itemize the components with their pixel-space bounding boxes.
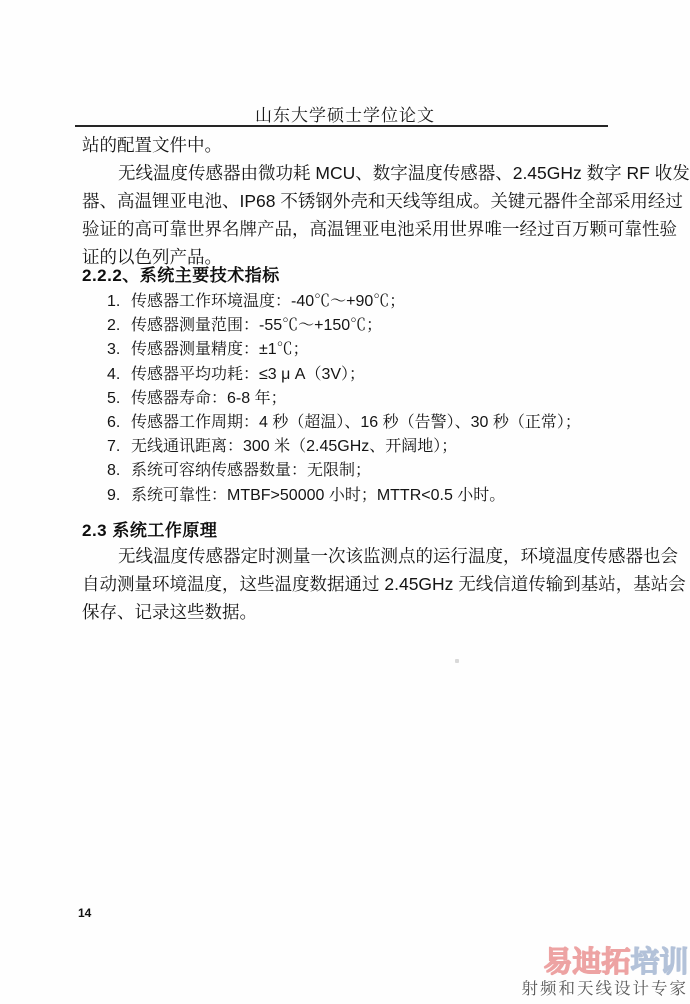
watermark-logo: 易迪拓培训 [522, 944, 689, 980]
paragraph-line: 无线温度传感器由微功耗 MCU、数字温度传感器、2.45GHz 数字 RF 收发 [82, 159, 610, 187]
page-number: 14 [78, 906, 91, 920]
spec-item: 6. 传感器工作周期：4 秒（超温）、16 秒（告警）、30 秒（正常）； [82, 411, 622, 435]
spec-item-text: 传感器工作环境温度：-40℃～+90℃； [131, 290, 622, 314]
spec-item: 4. 传感器平均功耗：≤3 μ A（3V）； [82, 363, 622, 387]
watermark: 易迪拓培训 射频和天线设计专家 [522, 944, 689, 998]
spec-item: 2. 传感器测量范围：-55℃～+150℃； [82, 314, 622, 338]
technical-spec-list: 1. 传感器工作环境温度：-40℃～+90℃； 2. 传感器测量范围：-55℃～… [82, 290, 622, 508]
spec-item-number: 5. [107, 387, 131, 411]
paragraph-line: 验证的高可靠世界名牌产品，高温锂亚电池采用世界唯一经过百万颗可靠性验 [82, 215, 610, 243]
section-heading-222: 2.2.2、系统主要技术指标 [82, 261, 610, 286]
spec-item-text: 系统可靠性：MTBF>50000 小时；MTTR<0.5 小时。 [131, 484, 622, 508]
spec-item-number: 8. [107, 459, 131, 483]
spec-item-number: 7. [107, 435, 131, 459]
paragraph-line: 无线温度传感器定时测量一次该监测点的运行温度，环境温度传感器也会 [82, 542, 610, 570]
watermark-brand-red: 易迪拓 [543, 946, 630, 978]
spec-item-text: 无线通讯距离：300 米（2.45GHz、开阔地）； [131, 435, 622, 459]
spec-item: 1. 传感器工作环境温度：-40℃～+90℃； [82, 290, 622, 314]
spec-item: 3. 传感器测量精度：±1℃； [82, 338, 622, 362]
spec-item-number: 3. [107, 338, 131, 362]
spec-item-text: 传感器工作周期：4 秒（超温）、16 秒（告警）、30 秒（正常）； [131, 411, 622, 435]
spec-item-text: 传感器寿命：6-8 年； [131, 387, 622, 411]
spec-item: 8. 系统可容纳传感器数量：无限制； [82, 459, 622, 483]
spec-item-text: 传感器测量精度：±1℃； [131, 338, 622, 362]
spec-item: 7. 无线通讯距离：300 米（2.45GHz、开阔地）； [82, 435, 622, 459]
paragraph-working-principle: 无线温度传感器定时测量一次该监测点的运行温度，环境温度传感器也会 自动测量环境温… [82, 542, 610, 626]
spec-item-number: 4. [107, 363, 131, 387]
scan-artifact-speck [455, 659, 459, 663]
paragraph-line: 保存、记录这些数据。 [82, 598, 610, 626]
paragraph-line: 自动测量环境温度，这些温度数据通过 2.45GHz 无线信道传输到基站，基站会 [82, 570, 610, 598]
spec-item-text: 系统可容纳传感器数量：无限制； [131, 459, 622, 483]
watermark-brand-blue: 培训 [630, 946, 688, 978]
spec-item-number: 1. [107, 290, 131, 314]
paragraph-line: 器、高温锂亚电池、IP68 不锈钢外壳和天线等组成。关键元器件全部采用经过 [82, 187, 610, 215]
thesis-scanned-page: 山东大学硕士学位论文 站的配置文件中。 无线温度传感器由微功耗 MCU、数字温度… [0, 0, 690, 1004]
paragraph-line: 站的配置文件中。 [82, 131, 610, 159]
spec-item-text: 传感器平均功耗：≤3 μ A（3V）； [131, 363, 622, 387]
paragraph-sensor-composition: 无线温度传感器由微功耗 MCU、数字温度传感器、2.45GHz 数字 RF 收发… [82, 159, 610, 271]
paragraph-carryover: 站的配置文件中。 [82, 131, 610, 159]
spec-item: 9. 系统可靠性：MTBF>50000 小时；MTTR<0.5 小时。 [82, 484, 622, 508]
section-heading-23: 2.3 系统工作原理 [82, 516, 610, 541]
spec-item-number: 9. [107, 484, 131, 508]
header-rule [75, 125, 608, 127]
spec-item-number: 6. [107, 411, 131, 435]
spec-item-number: 2. [107, 314, 131, 338]
page-header-title: 山东大学硕士学位论文 [0, 101, 690, 126]
watermark-tagline: 射频和天线设计专家 [522, 980, 689, 998]
spec-item: 5. 传感器寿命：6-8 年； [82, 387, 622, 411]
spec-item-text: 传感器测量范围：-55℃～+150℃； [131, 314, 622, 338]
